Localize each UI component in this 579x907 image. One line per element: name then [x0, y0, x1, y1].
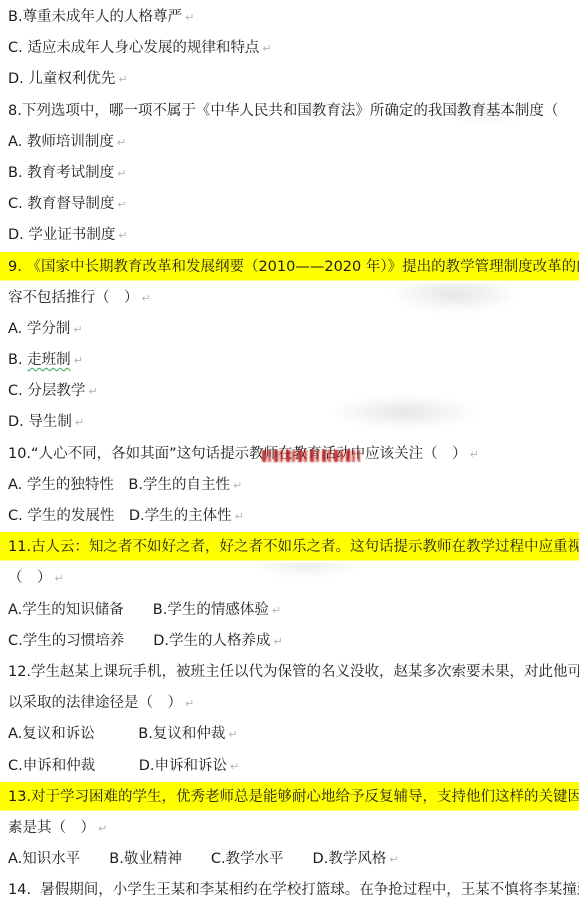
option-text: C.申诉和仲裁 D.申诉和诉讼: [8, 758, 227, 774]
question-12-stem-line-1: 12.学生赵某上课玩手机，被班主任以代为保管的名义没收，赵某多次索要未果，对此他…: [0, 657, 579, 688]
question-14-stem-line-1: 14. 暑假期间，小学生王某和李某相约在学校打篮球。在争抢过程中，王某不慎将李某…: [0, 875, 579, 906]
question-9-option-a: A. 学分制↵: [0, 314, 579, 345]
question-9-stem-line-1-highlighted: 9. 《国家中长期教育改革和发展纲要（2010——2020 年）》提出的教学管理…: [0, 252, 579, 283]
question-text: （ ）: [8, 570, 52, 586]
paragraph-mark-icon: ↵: [118, 229, 127, 242]
paragraph-mark-icon: ↵: [118, 73, 127, 86]
option-letter: B.: [8, 352, 27, 368]
paragraph-mark-icon: ↵: [389, 853, 398, 866]
paragraph-mark-icon: ↵: [117, 198, 126, 211]
option-d-child-rights: D. 儿童权利优先↵: [0, 64, 579, 95]
question-9-option-c: C. 分层教学↵: [0, 376, 579, 407]
question-13-stem-line-2: 素是其（ ）↵: [0, 813, 579, 844]
question-text: 素是其（ ）: [8, 820, 95, 836]
question-text: 以采取的法律途径是（ ）: [8, 695, 182, 711]
paragraph-mark-icon: ↵: [74, 354, 83, 367]
question-text: 容不包括推行（ ）: [8, 290, 139, 306]
option-text: A. 学分制: [8, 321, 70, 337]
paragraph-mark-icon: ↵: [228, 728, 237, 741]
option-c-adapt-development: C. 适应未成年人身心发展的规律和特点↵: [0, 33, 579, 64]
question-13-stem-line-1-highlighted: 13.对于学习困难的学生，优秀老师总是能够耐心地给予反复辅导，支持他们这样的关键…: [0, 782, 579, 813]
option-text: C. 学生的发展性 D.学生的主体性: [8, 508, 232, 524]
paragraph-mark-icon: ↵: [117, 167, 126, 180]
option-text: A. 教师培训制度: [8, 134, 114, 150]
paragraph-mark-icon: ↵: [262, 42, 271, 55]
option-text: A.复议和诉讼 B.复议和仲裁: [8, 726, 225, 742]
paragraph-mark-icon: ↵: [230, 760, 239, 773]
option-text: A. 学生的独特性 B.学生的自主性: [8, 477, 230, 493]
paragraph-mark-icon: ↵: [55, 572, 64, 585]
paragraph-mark-icon: ↵: [272, 604, 281, 617]
question-12-options-cd: C.申诉和仲裁 D.申诉和诉讼↵: [0, 751, 579, 782]
option-text: C. 适应未成年人身心发展的规律和特点: [8, 40, 259, 56]
paragraph-mark-icon: ↵: [185, 11, 194, 24]
option-text: B. 教育考试制度: [8, 165, 114, 181]
question-12-stem-line-2: 以采取的法律途径是（ ）↵: [0, 688, 579, 719]
paragraph-mark-icon: ↵: [185, 697, 194, 710]
option-text: B.尊重未成年人的人格尊严: [8, 9, 182, 25]
question-9-stem-line-2: 容不包括推行（ ）↵: [0, 283, 579, 314]
question-10-options-ab: A. 学生的独特性 B.学生的自主性↵: [0, 470, 579, 501]
question-11-stem-line-1-highlighted: 11.古人云：知之者不如好之者，好之者不如乐之者。这句话提示教师在教学过程中应重…: [0, 532, 579, 563]
question-text: 10.“人心不同，各如其面”这句话提示教师在教育活动中应该关注（ ）: [8, 446, 467, 462]
paragraph-mark-icon: ↵: [274, 635, 283, 648]
question-text: 9. 《国家中长期教育改革和发展纲要（2010——2020 年）》提出的教学管理…: [8, 259, 579, 275]
question-8-option-d: D. 学业证书制度↵: [0, 220, 579, 251]
question-8-option-c: C. 教育督导制度↵: [0, 189, 579, 220]
paragraph-mark-icon: ↵: [233, 479, 242, 492]
question-text: 8.下列选项中，哪一项不属于《中华人民共和国教育法》所确定的我国教育基本制度（ …: [8, 103, 579, 119]
question-8-stem: 8.下列选项中，哪一项不属于《中华人民共和国教育法》所确定的我国教育基本制度（ …: [0, 96, 579, 127]
question-12-options-ab: A.复议和诉讼 B.复议和仲裁↵: [0, 719, 579, 750]
question-11-options-ab: A.学生的知识储备 B.学生的情感体验↵: [0, 595, 579, 626]
paragraph-mark-icon: ↵: [75, 416, 84, 429]
question-text: 11.古人云：知之者不如好之者，好之者不如乐之者。这句话提示教师在教学过程中应重…: [8, 539, 579, 555]
paragraph-mark-icon: ↵: [73, 323, 82, 336]
option-text: C. 教育督导制度: [8, 196, 114, 212]
question-10-options-cd: C. 学生的发展性 D.学生的主体性↵: [0, 501, 579, 532]
question-8-option-b: B. 教育考试制度↵: [0, 158, 579, 189]
paragraph-mark-icon: ↵: [88, 385, 97, 398]
option-text: D. 学业证书制度: [8, 227, 115, 243]
option-text: D. 儿童权利优先: [8, 71, 115, 87]
question-13-options-abcd: A.知识水平 B.敬业精神 C.教学水平 D.教学风格↵: [0, 844, 579, 875]
exam-document-page: B.尊重未成年人的人格尊严↵ C. 适应未成年人身心发展的规律和特点↵ D. 儿…: [0, 0, 579, 907]
option-b-respect-dignity: B.尊重未成年人的人格尊严↵: [0, 2, 579, 33]
question-9-option-d: D. 导生制↵: [0, 407, 579, 438]
question-8-option-a: A. 教师培训制度↵: [0, 127, 579, 158]
paragraph-mark-icon: ↵: [470, 448, 479, 461]
paragraph-mark-icon: ↵: [117, 136, 126, 149]
option-text: A.知识水平 B.敬业精神 C.教学水平 D.教学风格: [8, 851, 386, 867]
question-text: 14. 暑假期间，小学生王某和李某相约在学校打篮球。在争抢过程中，王某不慎将李某…: [8, 882, 579, 898]
paragraph-mark-icon: ↵: [235, 510, 244, 523]
question-10-stem: 10.“人心不同，各如其面”这句话提示教师在教育活动中应该关注（ ）↵: [0, 439, 579, 470]
option-text: D. 导生制: [8, 414, 72, 430]
question-text: 12.学生赵某上课玩手机，被班主任以代为保管的名义没收，赵某多次索要未果，对此他…: [8, 664, 579, 680]
question-text: 13.对于学习困难的学生，优秀老师总是能够耐心地给予反复辅导，支持他们这样的关键…: [8, 789, 579, 805]
option-text: C.学生的习惯培养 D.学生的人格养成: [8, 633, 271, 649]
paragraph-mark-icon: ↵: [98, 822, 107, 835]
paragraph-mark-icon: ↵: [142, 292, 151, 305]
question-11-stem-line-2: （ ）↵: [0, 563, 579, 594]
option-text: C. 分层教学: [8, 383, 85, 399]
question-11-options-cd: C.学生的习惯培养 D.学生的人格养成↵: [0, 626, 579, 657]
question-9-option-b: B. 走班制↵: [0, 345, 579, 376]
option-text: A.学生的知识储备 B.学生的情感体验: [8, 602, 269, 618]
spellcheck-underlined-text: 走班制: [27, 352, 71, 368]
